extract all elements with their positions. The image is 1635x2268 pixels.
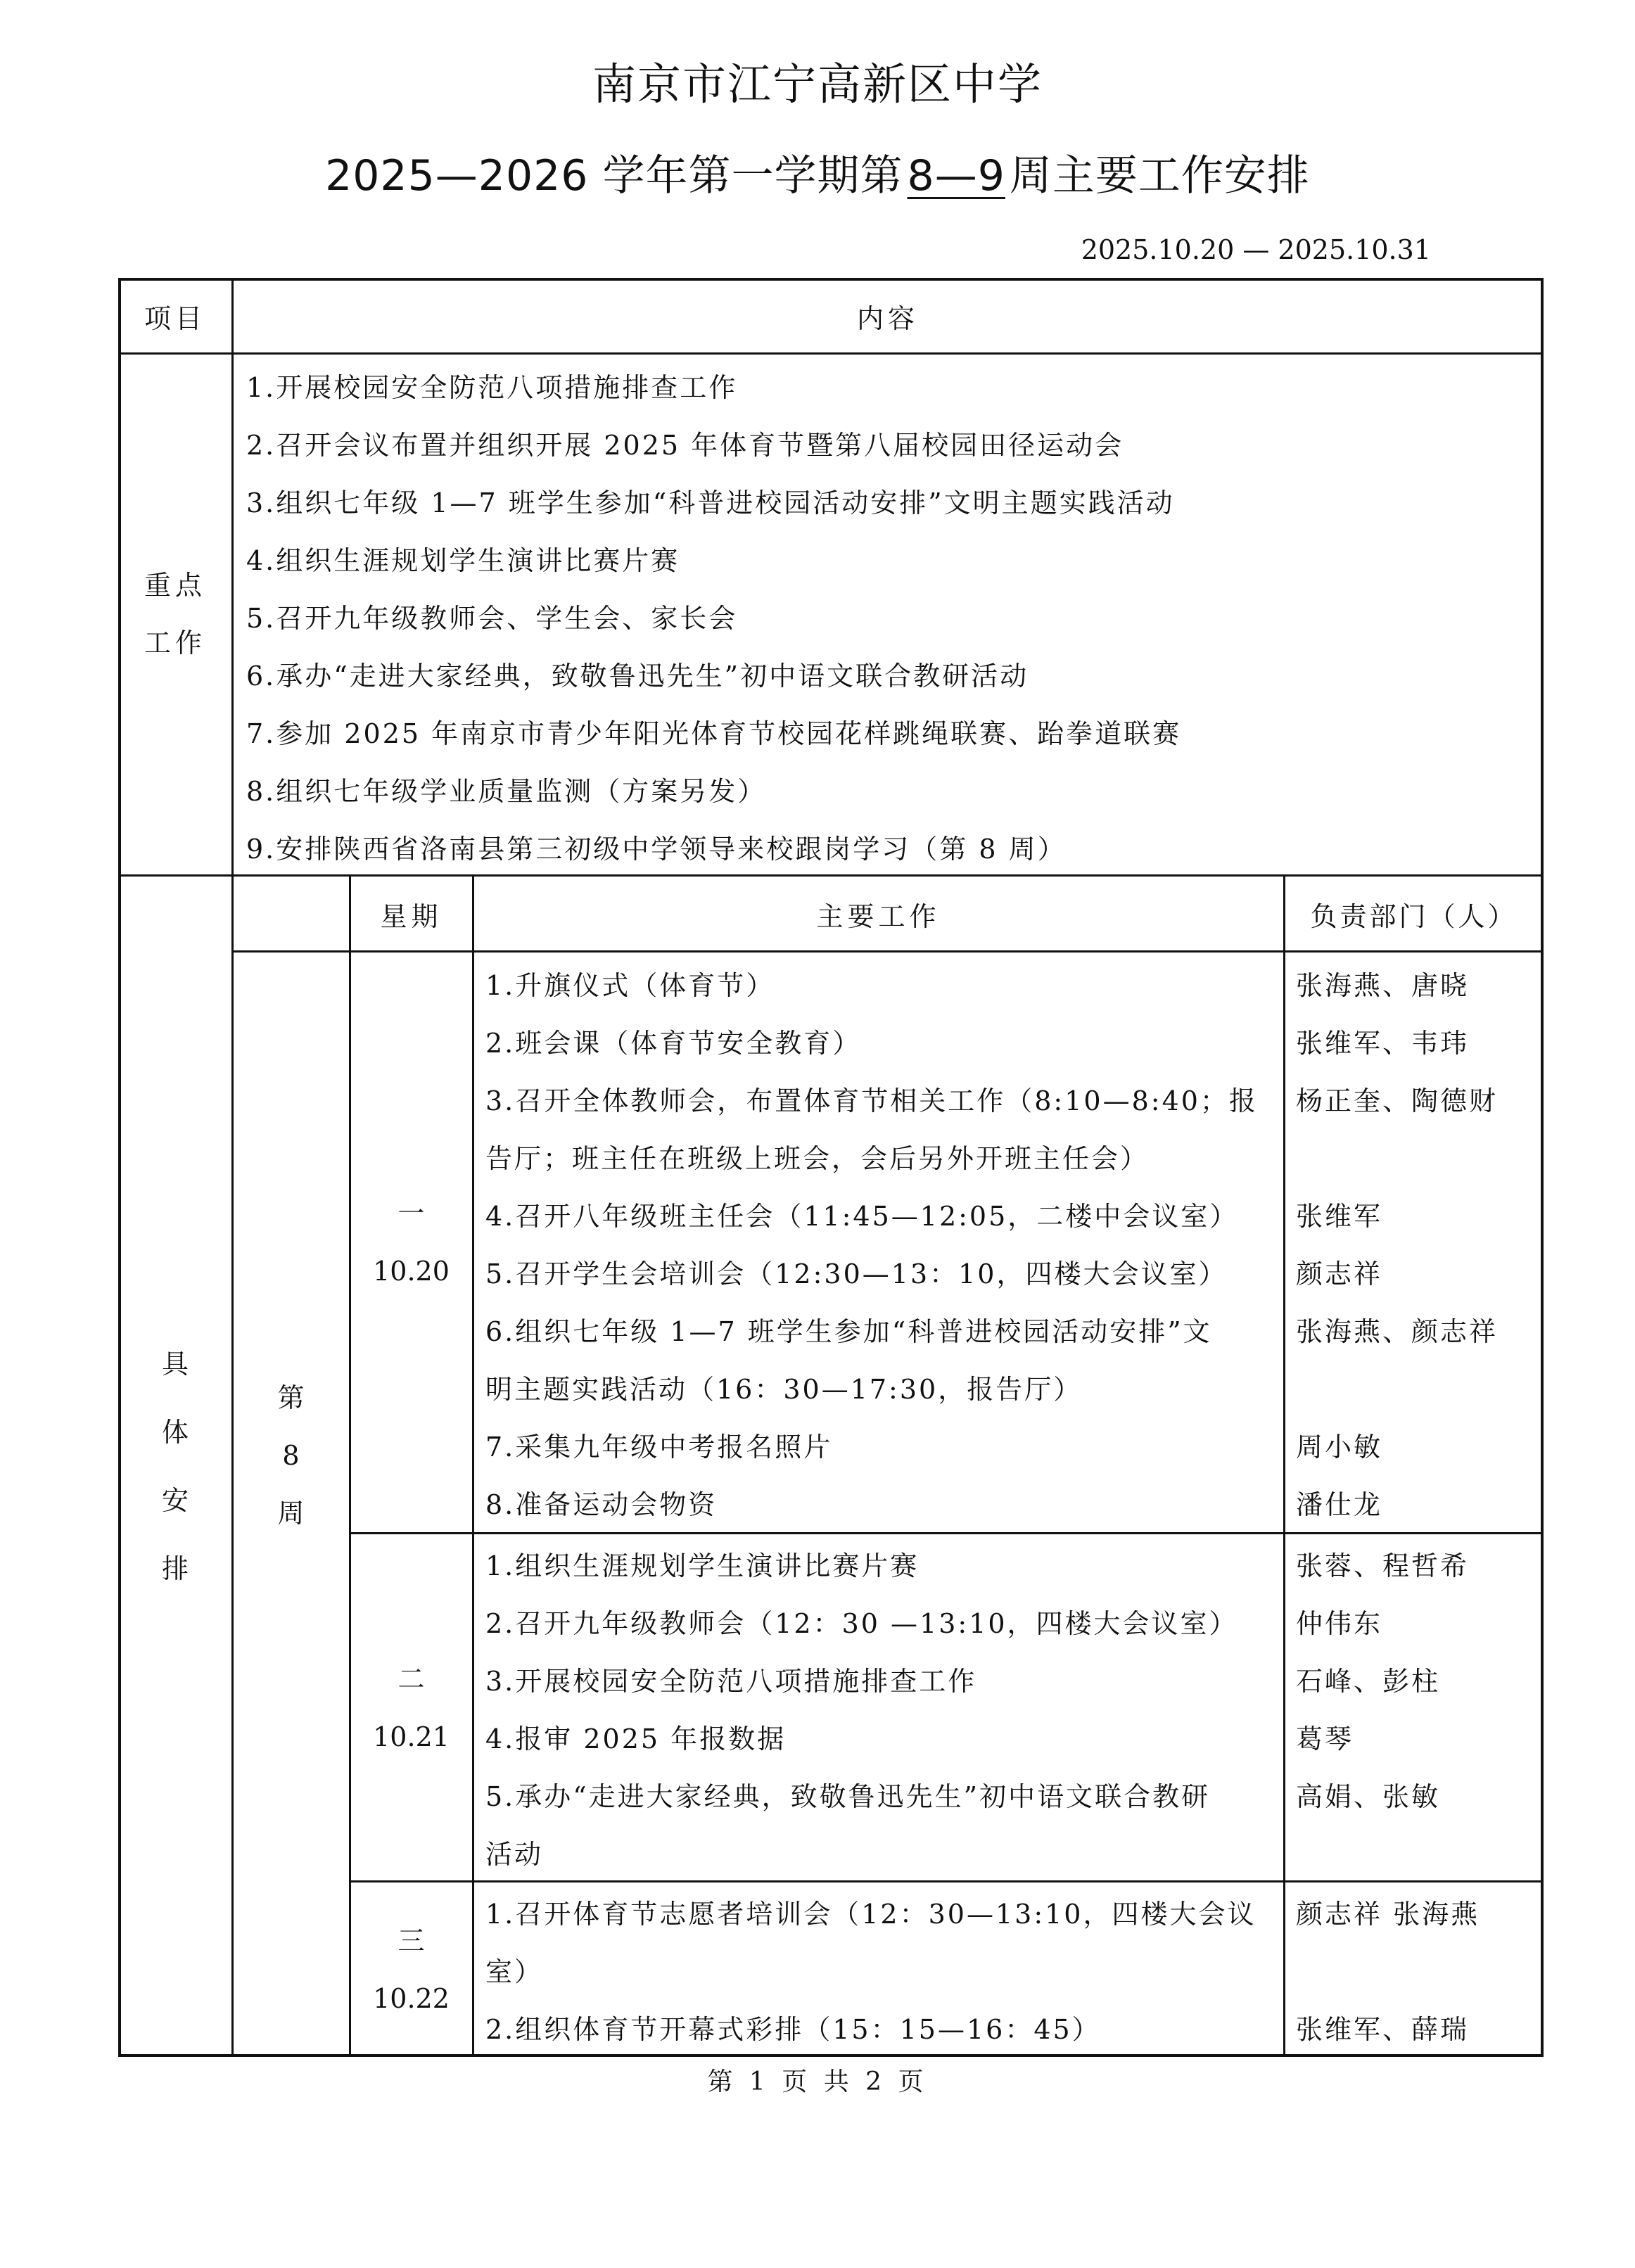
week-label-char: 周 xyxy=(277,1484,304,1542)
key-work-item: 5.召开九年级教师会、学生会、家长会 xyxy=(246,590,1534,647)
work-item: 7.采集九年级中考报名照片 xyxy=(485,1418,1280,1476)
work-item: 室） xyxy=(485,1943,1280,2001)
monday-work-list: 1.升旗仪式（体育节） 2.班会课（体育节安全教育） 3.召开全体教师会，布置体… xyxy=(485,957,1280,1534)
work-item: 3.开展校园安全防范八项措施排查工作 xyxy=(485,1652,1280,1710)
day-date: 10.20 xyxy=(373,1242,450,1300)
school-name: 南京市江宁高新区中学 xyxy=(0,56,1635,113)
work-item: 1.升旗仪式（体育节） xyxy=(485,957,1280,1014)
week-range: 8—9 xyxy=(903,151,1010,200)
work-item: 2.班会课（体育节安全教育） xyxy=(485,1014,1280,1072)
monday-owner-list: 张海燕、唐晓 张维军、韦玮 杨正奎、陶德财 张维军 颜志祥 张海燕、颜志祥 周小… xyxy=(1296,957,1542,1534)
work-item: 8.准备运动会物资 xyxy=(485,1476,1280,1534)
title-prefix: 2025—2026 学年第一学期第 xyxy=(325,151,903,200)
owner xyxy=(1296,1130,1542,1187)
column-responsible: 负责部门（人） xyxy=(1284,876,1544,952)
work-item: 2.组织体育节开幕式彩排（15：15—16：45） xyxy=(485,2001,1280,2058)
owner: 张维军、薛瑞 xyxy=(1296,2001,1542,2058)
key-work-item: 1.开展校园安全防范八项措施排查工作 xyxy=(246,359,1534,416)
tuesday-work-list: 1.组织生涯规划学生演讲比赛片赛 2.召开九年级教师会（12：30 —13:10… xyxy=(485,1537,1280,1883)
divider xyxy=(1283,874,1285,2057)
week-label-char: 第 xyxy=(277,1369,304,1427)
work-item: 5.承办“走进大家经典，致敬鲁迅先生”初中语文联合教研 xyxy=(485,1768,1280,1826)
header-item: 项目 xyxy=(118,278,232,354)
work-item: 2.召开九年级教师会（12：30 —13:10，四楼大会议室） xyxy=(485,1595,1280,1652)
owner: 潘仕龙 xyxy=(1296,1476,1542,1534)
owner: 周小敏 xyxy=(1296,1418,1542,1476)
owner: 颜志祥 xyxy=(1296,1245,1542,1303)
document-title: 2025—2026 学年第一学期第8—9周主要工作安排 xyxy=(0,148,1635,204)
key-work-label: 重点 工作 xyxy=(118,354,232,874)
owner: 张蓉、程哲希 xyxy=(1296,1537,1542,1595)
owner: 颜志祥 张海燕 xyxy=(1296,1885,1542,1943)
owner: 高娟、张敏 xyxy=(1296,1768,1542,1826)
owner xyxy=(1296,1826,1542,1883)
key-work-item: 6.承办“走进大家经典，致敬鲁迅先生”初中语文联合教研活动 xyxy=(246,647,1534,705)
schedule-label-char: 安 xyxy=(162,1467,189,1535)
work-item: 4.召开八年级班主任会（11:45—12:05，二楼中会议室） xyxy=(485,1187,1280,1245)
owner: 张维军、韦玮 xyxy=(1296,1014,1542,1072)
tuesday-owner-list: 张蓉、程哲希 仲伟东 石峰、彭柱 葛琴 高娟、张敏 xyxy=(1296,1537,1542,1883)
key-work-item: 4.组织生涯规划学生演讲比赛片赛 xyxy=(246,532,1534,590)
owner: 石峰、彭柱 xyxy=(1296,1652,1542,1710)
day-tuesday: 二 10.21 xyxy=(350,1534,473,1882)
weekday: 三 xyxy=(397,1912,424,1970)
key-work-label-line2: 工作 xyxy=(144,614,206,672)
page-number: 第 1 页 共 2 页 xyxy=(0,2065,1635,2100)
title-suffix: 周主要工作安排 xyxy=(1010,151,1310,200)
work-item: 告厅；班主任在班级上班会，会后另外开班主任会） xyxy=(485,1130,1280,1187)
owner: 仲伟东 xyxy=(1296,1595,1542,1652)
work-item: 6.组织七年级 1—7 班学生参加“科普进校园活动安排”文 xyxy=(485,1303,1280,1361)
schedule-label-char: 体 xyxy=(162,1399,189,1467)
date-range: 2025.10.20 — 2025.10.31 xyxy=(1081,232,1431,267)
key-work-item: 9.安排陕西省洛南县第三初级中学领导来校跟岗学习（第 8 周） xyxy=(246,820,1534,878)
day-date: 10.21 xyxy=(373,1708,450,1766)
header-content: 内容 xyxy=(232,278,1544,354)
work-item: 活动 xyxy=(485,1826,1280,1883)
column-weekday: 星期 xyxy=(350,876,473,952)
schedule-label: 具 体 安 排 xyxy=(118,876,232,2057)
owner: 张海燕、颜志祥 xyxy=(1296,1303,1542,1361)
wednesday-work-list: 1.召开体育节志愿者培训会（12：30—13:10，四楼大会议 室） 2.组织体… xyxy=(485,1885,1280,2058)
work-item: 1.组织生涯规划学生演讲比赛片赛 xyxy=(485,1537,1280,1595)
work-item: 3.召开全体教师会，布置体育节相关工作（8:10—8:40；报 xyxy=(485,1072,1280,1130)
owner: 张维军 xyxy=(1296,1187,1542,1245)
owner: 杨正奎、陶德财 xyxy=(1296,1072,1542,1130)
key-work-list: 1.开展校园安全防范八项措施排查工作 2.召开会议布置并组织开展 2025 年体… xyxy=(246,359,1534,878)
column-main-work: 主要工作 xyxy=(473,876,1284,952)
weekday: 一 xyxy=(397,1185,424,1242)
work-item: 5.召开学生会培训会（12:30—13：10，四楼大会议室） xyxy=(485,1245,1280,1303)
schedule-label-char: 具 xyxy=(162,1330,189,1399)
key-work-item: 2.召开会议布置并组织开展 2025 年体育节暨第八届校园田径运动会 xyxy=(246,416,1534,474)
key-work-item: 8.组织七年级学业质量监测（方案另发） xyxy=(246,763,1534,820)
work-item: 4.报审 2025 年报数据 xyxy=(485,1710,1280,1768)
key-work-item: 7.参加 2025 年南京市青少年阳光体育节校园花样跳绳联赛、跆拳道联赛 xyxy=(246,705,1534,763)
work-item: 1.召开体育节志愿者培训会（12：30—13:10，四楼大会议 xyxy=(485,1885,1280,1943)
schedule-label-char: 排 xyxy=(162,1535,189,1603)
work-item: 明主题实践活动（16：30—17:30，报告厅） xyxy=(485,1361,1280,1418)
day-wednesday: 三 10.22 xyxy=(350,1882,473,2057)
day-monday: 一 10.20 xyxy=(350,952,473,1532)
owner xyxy=(1296,1361,1542,1418)
weekday: 二 xyxy=(397,1650,424,1708)
wednesday-owner-list: 颜志祥 张海燕 张维军、薛瑞 xyxy=(1296,1885,1542,2058)
owner: 张海燕、唐晓 xyxy=(1296,957,1542,1014)
owner: 葛琴 xyxy=(1296,1710,1542,1768)
key-work-item: 3.组织七年级 1—7 班学生参加“科普进校园活动安排”文明主题实践活动 xyxy=(246,474,1534,532)
owner xyxy=(1296,1943,1542,2001)
week-label-char: 8 xyxy=(282,1427,299,1484)
day-date: 10.22 xyxy=(373,1970,450,2027)
key-work-label-line1: 重点 xyxy=(144,556,206,614)
week-label: 第 8 周 xyxy=(232,952,350,2057)
